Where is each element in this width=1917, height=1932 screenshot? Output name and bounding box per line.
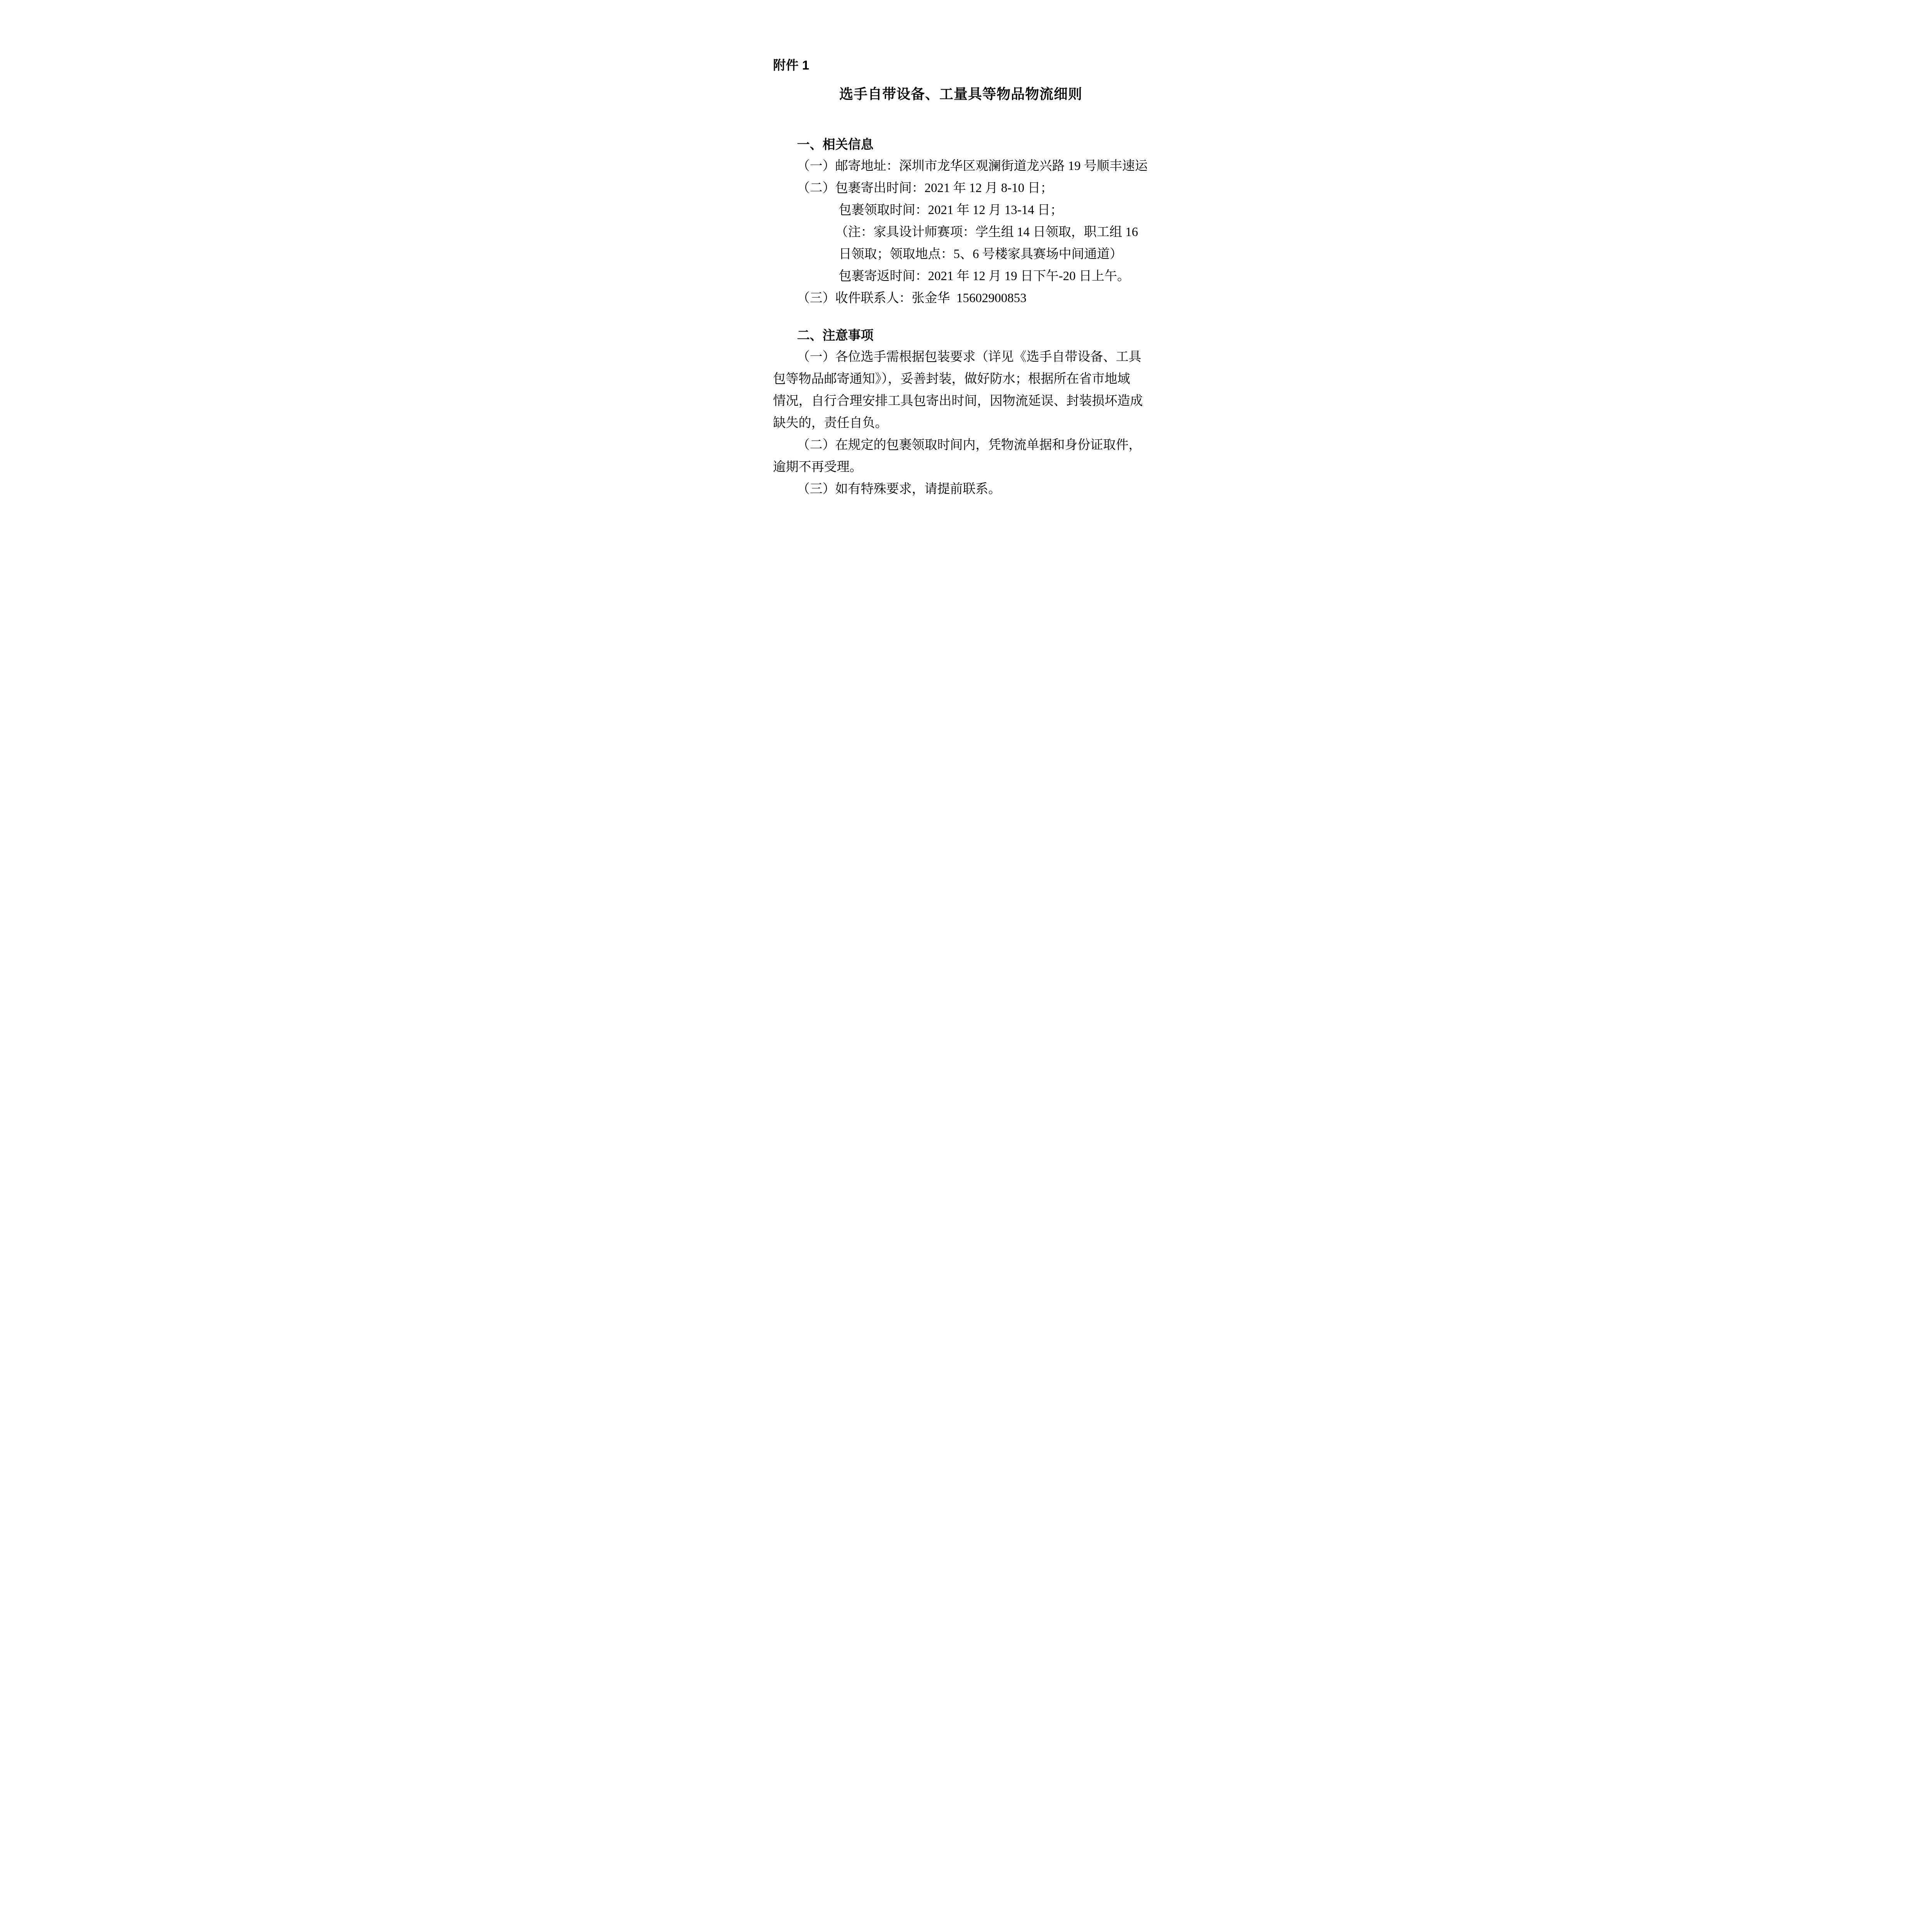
- page-title: 选手自带设备、工量具等物品物流细则: [773, 83, 1149, 105]
- line-recipient-contact: （三）收件联系人：张金华 15602900853: [773, 287, 1149, 310]
- line-note-part2: 日领取；领取地点：5、6 号楼家具赛场中间通道）: [773, 243, 1149, 265]
- line-notes-item1-row4: 缺失的，责任自负。: [773, 412, 1149, 434]
- document-page: 附件 1 选手自带设备、工量具等物品物流细则 一、相关信息 （一）邮寄地址：深圳…: [719, 0, 1198, 678]
- section-heading-related-info: 一、相关信息: [773, 133, 1149, 155]
- line-notes-item1-row2: 包等物品邮寄通知》），妥善封装，做好防水；根据所在省市地域: [773, 368, 1149, 390]
- line-package-pickup-time: 包裹领取时间：2021 年 12 月 13-14 日；: [773, 199, 1149, 221]
- line-note-part1: （注：家具设计师赛项：学生组 14 日领取，职工组 16: [773, 221, 1149, 243]
- attachment-label: 附件 1: [773, 54, 1149, 76]
- line-mailing-address: （一）邮寄地址：深圳市龙华区观澜街道龙兴路 19 号顺丰速运: [773, 155, 1149, 177]
- line-notes-item2-row2: 逾期不再受理。: [773, 456, 1149, 478]
- line-package-send-time: （二）包裹寄出时间：2021 年 12 月 8-10 日；: [773, 177, 1149, 199]
- line-notes-item1-row1: （一）各位选手需根据包装要求（详见《选手自带设备、工具: [773, 346, 1149, 368]
- section-heading-notes: 二、注意事项: [773, 324, 1149, 346]
- line-notes-item3: （三）如有特殊要求，请提前联系。: [773, 478, 1149, 500]
- line-notes-item1-row3: 情况，自行合理安排工具包寄出时间，因物流延误、封装损坏造成: [773, 390, 1149, 412]
- line-notes-item2-row1: （二）在规定的包裹领取时间内，凭物流单据和身份证取件，: [773, 434, 1149, 456]
- line-package-return-time: 包裹寄返时间：2021 年 12 月 19 日下午-20 日上午。: [773, 265, 1149, 287]
